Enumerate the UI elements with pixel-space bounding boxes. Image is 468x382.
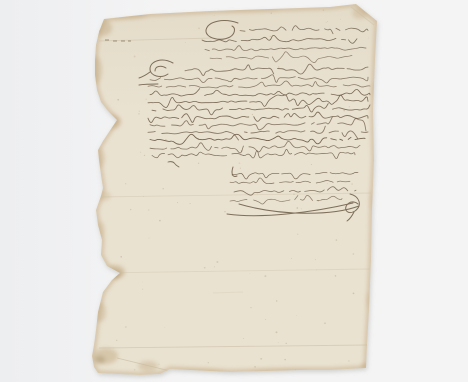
manuscript-scene (0, 0, 468, 382)
manuscript-photograph (0, 0, 468, 382)
paper-sheet (92, 4, 377, 375)
